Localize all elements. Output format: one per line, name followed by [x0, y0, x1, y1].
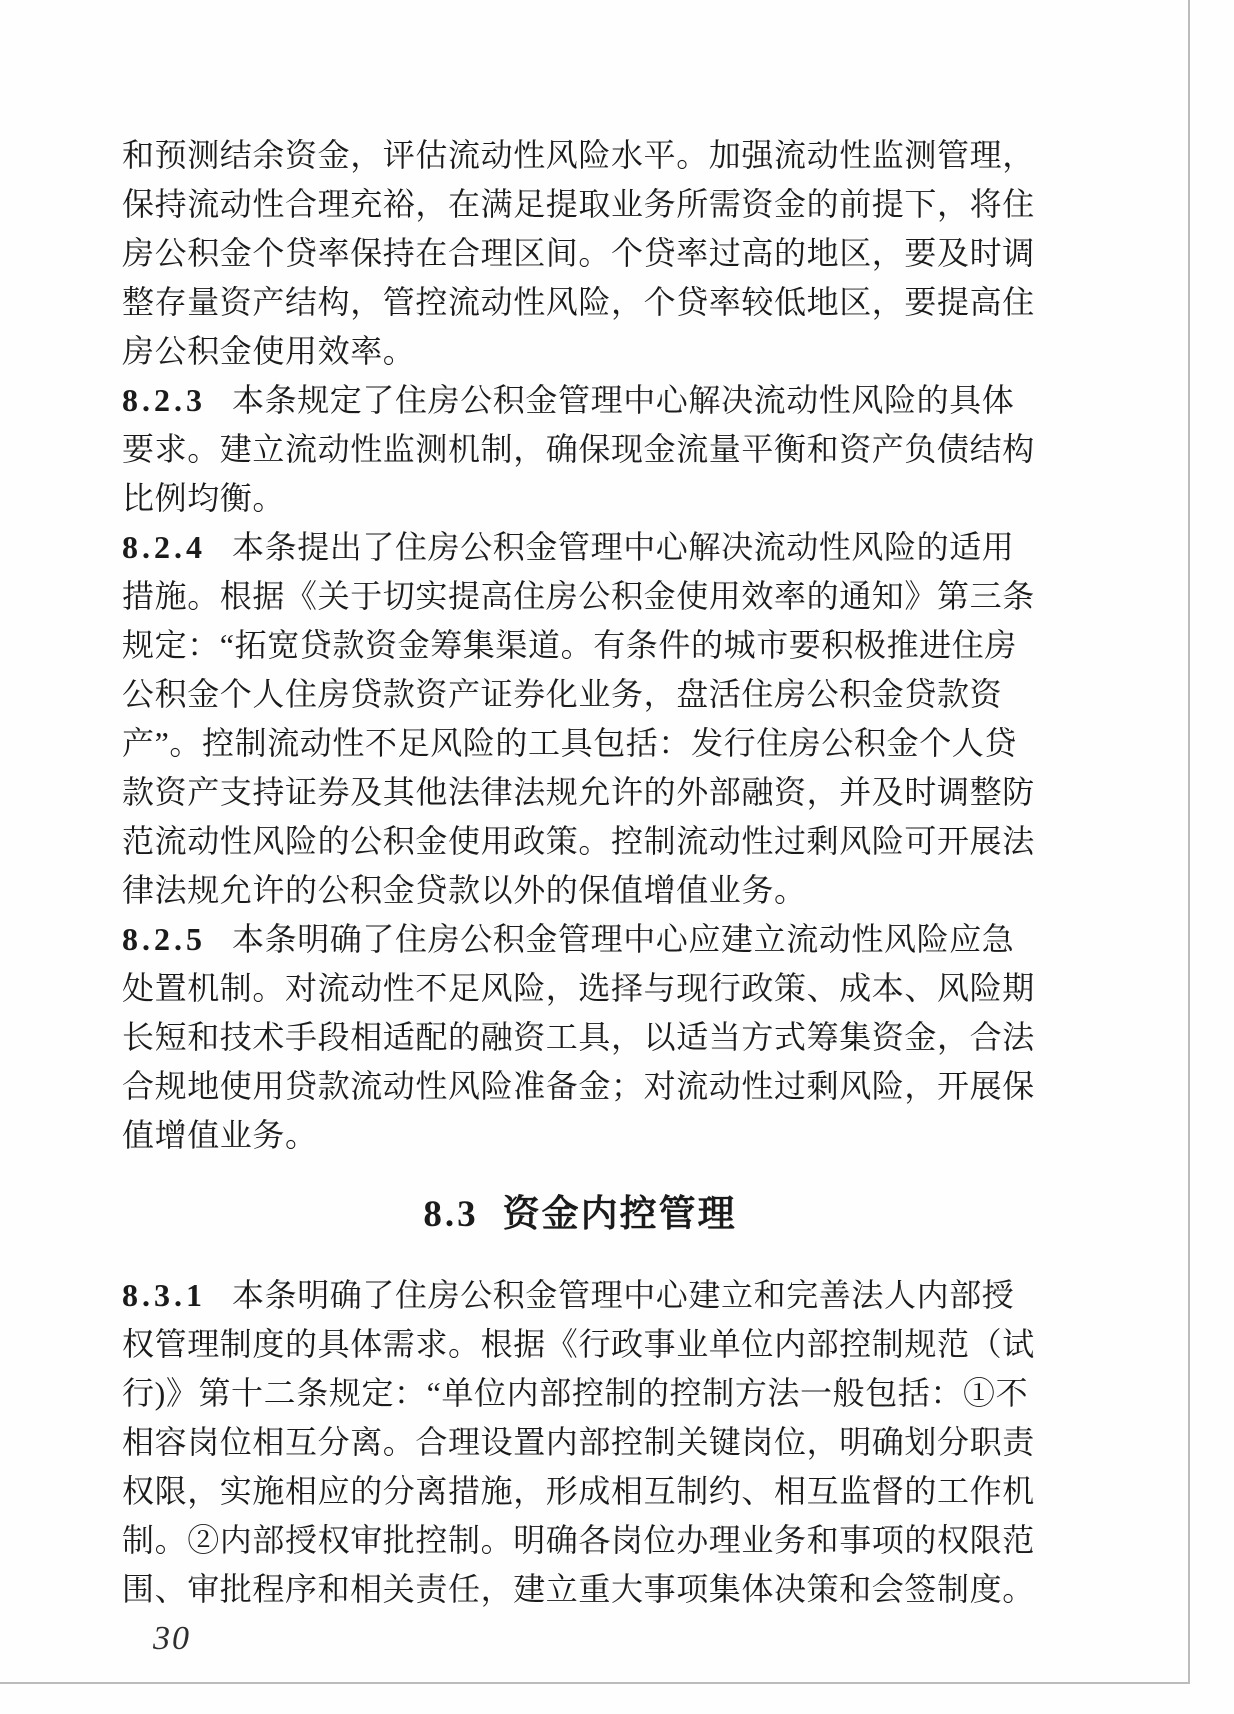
line-text: 行)》第十二条规定：“单位内部控制的控制方法一般包括：①不	[122, 1375, 1028, 1411]
text-line: 产”。控制流动性不足风险的工具包括：发行住房公积金个人贷	[122, 719, 1038, 768]
text-line: 和预测结余资金，评估流动性风险水平。加强流动性监测管理，	[122, 131, 1038, 180]
line-text: 本条提出了住房公积金管理中心解决流动性风险的适用	[232, 529, 1014, 565]
section-number: 8.3.1	[122, 1277, 206, 1313]
text-line: 围、审批程序和相关责任，建立重大事项集体决策和会签制度。	[122, 1565, 1038, 1614]
text-line: 8.3.1本条明确了住房公积金管理中心建立和完善法人内部授	[122, 1271, 1038, 1320]
line-text: 本条规定了住房公积金管理中心解决流动性风险的具体	[232, 382, 1014, 418]
section-number: 8.2.5	[122, 921, 206, 957]
document-text-block: 和预测结余资金，评估流动性风险水平。加强流动性监测管理，保持流动性合理充裕，在满…	[122, 131, 1038, 1614]
text-line: 房公积金个贷率保持在合理区间。个贷率过高的地区，要及时调	[122, 229, 1038, 278]
page-edge-right-line	[1188, 0, 1190, 1684]
line-text: 本条明确了住房公积金管理中心应建立流动性风险应急	[232, 921, 1014, 957]
line-text: 相容岗位相互分离。合理设置内部控制关键岗位，明确划分职责	[122, 1424, 1035, 1460]
text-line: 8.2.3本条规定了住房公积金管理中心解决流动性风险的具体	[122, 376, 1038, 425]
text-line: 房公积金使用效率。	[122, 327, 1038, 376]
line-text: 和预测结余资金，评估流动性风险水平。加强流动性监测管理，	[122, 137, 1035, 173]
text-line: 8.2.5本条明确了住房公积金管理中心应建立流动性风险应急	[122, 915, 1038, 964]
text-line: 范流动性风险的公积金使用政策。控制流动性过剩风险可开展法	[122, 817, 1038, 866]
line-text: 房公积金使用效率。	[122, 333, 415, 369]
line-text: 范流动性风险的公积金使用政策。控制流动性过剩风险可开展法	[122, 823, 1035, 859]
text-line: 权管理制度的具体需求。根据《行政事业单位内部控制规范（试	[122, 1320, 1038, 1369]
text-line: 相容岗位相互分离。合理设置内部控制关键岗位，明确划分职责	[122, 1418, 1038, 1467]
text-line: 权限，实施相应的分离措施，形成相互制约、相互监督的工作机	[122, 1467, 1038, 1516]
line-text: 值增值业务。	[122, 1117, 318, 1153]
line-text: 处置机制。对流动性不足风险，选择与现行政策、成本、风险期	[122, 970, 1035, 1006]
line-text: 公积金个人住房贷款资产证券化业务，盘活住房公积金贷款资	[122, 676, 1002, 712]
text-line: 行)》第十二条规定：“单位内部控制的控制方法一般包括：①不	[122, 1369, 1038, 1418]
line-text: 权管理制度的具体需求。根据《行政事业单位内部控制规范（试	[122, 1326, 1035, 1362]
line-text: 要求。建立流动性监测机制，确保现金流量平衡和资产负债结构	[122, 431, 1035, 467]
text-line: 措施。根据《关于切实提高住房公积金使用效率的通知》第三条	[122, 572, 1038, 621]
text-line: 款资产支持证券及其他法律法规允许的外部融资，并及时调整防	[122, 768, 1038, 817]
line-text: 保持流动性合理充裕，在满足提取业务所需资金的前提下，将住	[122, 186, 1035, 222]
text-line: 保持流动性合理充裕，在满足提取业务所需资金的前提下，将住	[122, 180, 1038, 229]
text-line: 值增值业务。	[122, 1111, 1038, 1160]
line-text: 律法规允许的公积金贷款以外的保值增值业务。	[122, 872, 807, 908]
line-text: 权限，实施相应的分离措施，形成相互制约、相互监督的工作机	[122, 1473, 1035, 1509]
line-text: 制。②内部授权审批控制。明确各岗位办理业务和事项的权限范	[122, 1522, 1035, 1558]
line-text: 合规地使用贷款流动性风险准备金；对流动性过剩风险，开展保	[122, 1068, 1035, 1104]
text-line: 比例均衡。	[122, 474, 1038, 523]
line-text: 房公积金个贷率保持在合理区间。个贷率过高的地区，要及时调	[122, 235, 1035, 271]
line-text: 围、审批程序和相关责任，建立重大事项集体决策和会签制度。	[122, 1571, 1035, 1607]
text-line: 长短和技术手段相适配的融资工具，以适当方式筹集资金，合法	[122, 1013, 1038, 1062]
line-text: 产”。控制流动性不足风险的工具包括：发行住房公积金个人贷	[122, 725, 1017, 761]
page-edge-bottom-line	[0, 1682, 1190, 1684]
line-text: 比例均衡。	[122, 480, 285, 516]
text-line: 处置机制。对流动性不足风险，选择与现行政策、成本、风险期	[122, 964, 1038, 1013]
line-text: 措施。根据《关于切实提高住房公积金使用效率的通知》第三条	[122, 578, 1035, 614]
text-line: 8.2.4本条提出了住房公积金管理中心解决流动性风险的适用	[122, 523, 1038, 572]
line-text: 长短和技术手段相适配的融资工具，以适当方式筹集资金，合法	[122, 1019, 1035, 1055]
text-line: 规定：“拓宽贷款资金筹集渠道。有条件的城市要积极推进住房	[122, 621, 1038, 670]
line-text: 款资产支持证券及其他法律法规允许的外部融资，并及时调整防	[122, 774, 1035, 810]
section-number: 8.2.3	[122, 382, 206, 418]
text-line: 整存量资产结构，管控流动性风险，个贷率较低地区，要提高住	[122, 278, 1038, 327]
section-number: 8.3	[423, 1194, 478, 1235]
line-text: 本条明确了住房公积金管理中心建立和完善法人内部授	[232, 1277, 1014, 1313]
section-heading-text: 资金内控管理	[503, 1194, 737, 1235]
text-line: 合规地使用贷款流动性风险准备金；对流动性过剩风险，开展保	[122, 1062, 1038, 1111]
line-text: 整存量资产结构，管控流动性风险，个贷率较低地区，要提高住	[122, 284, 1035, 320]
text-line: 制。②内部授权审批控制。明确各岗位办理业务和事项的权限范	[122, 1516, 1038, 1565]
text-line: 公积金个人住房贷款资产证券化业务，盘活住房公积金贷款资	[122, 670, 1038, 719]
line-text: 规定：“拓宽贷款资金筹集渠道。有条件的城市要积极推进住房	[122, 627, 1017, 663]
text-line: 要求。建立流动性监测机制，确保现金流量平衡和资产负债结构	[122, 425, 1038, 474]
section-heading: 8.3资金内控管理	[122, 1190, 1038, 1239]
section-number: 8.2.4	[122, 529, 206, 565]
scanned-document-page: 和预测结余资金，评估流动性风险水平。加强流动性监测管理，保持流动性合理充裕，在满…	[0, 0, 1234, 1714]
page-number: 30	[153, 1620, 191, 1658]
text-line: 律法规允许的公积金贷款以外的保值增值业务。	[122, 866, 1038, 915]
